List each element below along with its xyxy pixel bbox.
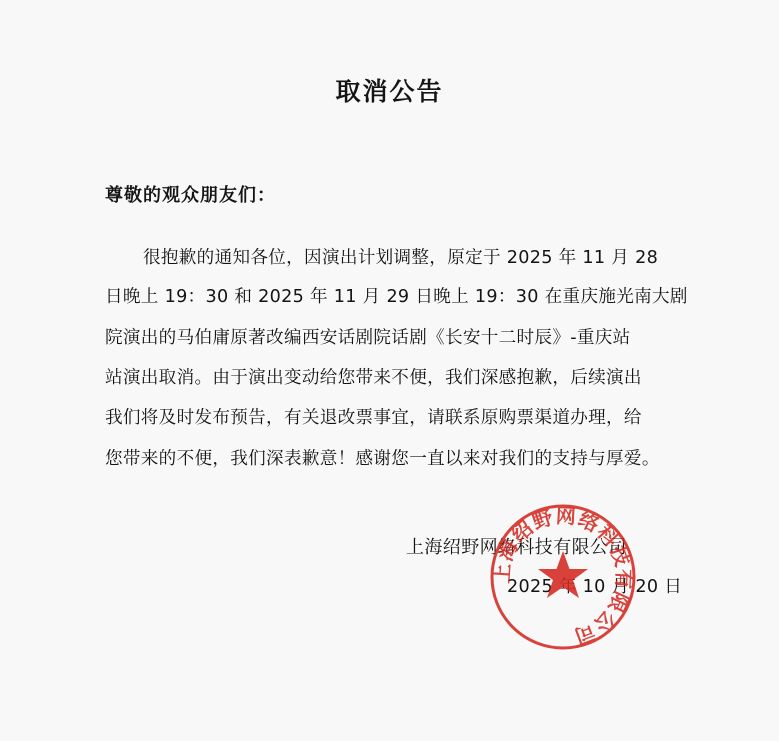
body-line: 您带来的不便，我们深表歉意！感谢您一直以来对我们的支持与厚爱。 [105,445,660,470]
body-line: 日晚上 19：30 和 2025 年 11 月 29 日晚上 19：30 在重庆… [105,283,688,308]
body-line: 院演出的马伯庸原著改编西安话剧院话剧《长安十二时辰》-重庆站 [105,324,631,349]
body-line: 很抱歉的通知各位，因演出计划调整，原定于 2025 年 11 月 28 [143,244,658,269]
body-line: 站演出取消。由于演出变动给您带来不便，我们深感抱歉，后续演出 [105,364,642,389]
signature-company: 上海绍野网络科技有限公司 [406,533,627,559]
salutation: 尊敬的观众朋友们： [105,181,276,207]
signature-date: 2025 年 10 月 20 日 [507,573,682,598]
body-line: 我们将及时发布预告，有关退改票事宜，请联系原购票渠道办理，给 [105,404,642,429]
page-title: 取消公告 [0,72,779,108]
announcement-page: 取消公告 尊敬的观众朋友们： 很抱歉的通知各位，因演出计划调整，原定于 2025… [0,0,779,741]
